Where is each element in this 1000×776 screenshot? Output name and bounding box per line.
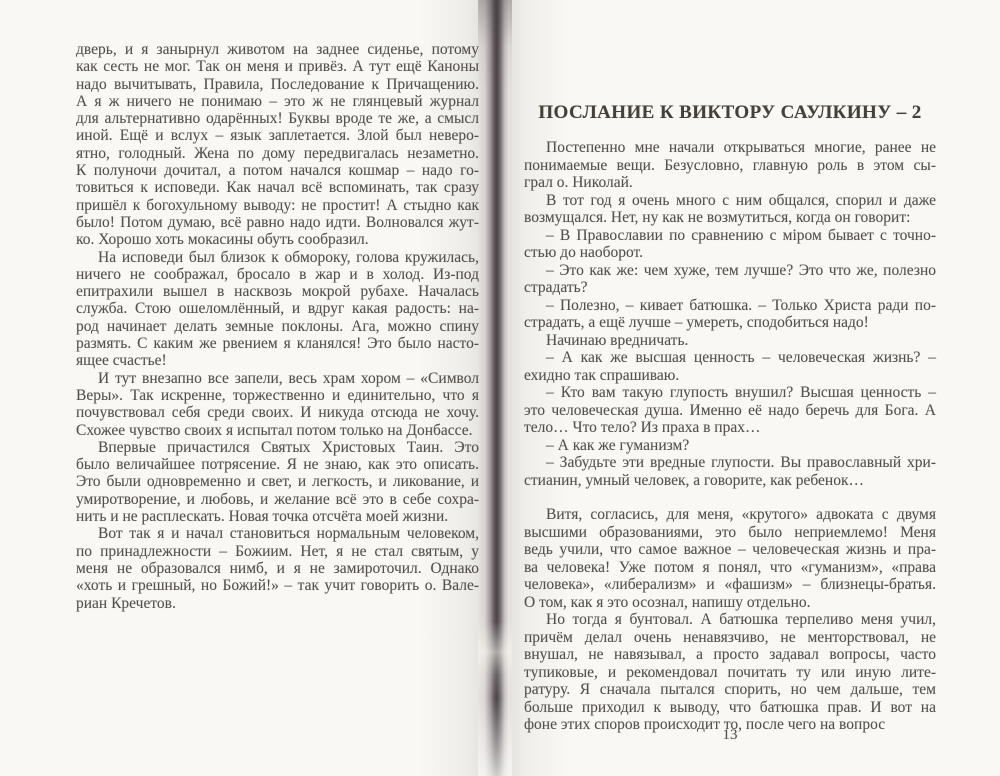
text-line: – В Православии по сравнению с міром быв… [524, 227, 936, 245]
paragraph: – Кто вам такую глупость внушил? Высшая … [524, 384, 936, 437]
text-line: К полуночи дочитал, а потом начался кошм… [76, 162, 479, 179]
paragraph: И тут внезапно все запели, весь храм хор… [76, 370, 479, 439]
text-line: Но тогда я бунтовал. А батюшка терпеливо… [524, 611, 936, 629]
text-line: было! Потом думаю, всё равно надо идти. … [76, 214, 479, 231]
text-line: – Кто вам такую глупость внушил? Высшая … [524, 384, 936, 402]
paragraph: Постепенно мне начали открываться многие… [524, 139, 936, 192]
paragraph: – А как же высшая ценность – человеческа… [524, 349, 936, 384]
text-line: Начинаю вредничать. [524, 332, 936, 350]
text-line: – Полезно, – кивает батюшка. – Только Хр… [524, 297, 936, 315]
text-line: человека», «либерализм» и «фашизм» – бли… [524, 576, 936, 594]
text-line: служба. Стою ошеломлённый, и вдруг какая… [76, 300, 479, 317]
text-line: стью до наоборот. [524, 244, 936, 262]
text-line: Схожее чувство своих я испытал потом тол… [76, 422, 479, 439]
text-line: ятно, голодный. Жена по дому передвигала… [76, 145, 479, 162]
text-line: «хоть и грешный, но Божий!» – так учит г… [76, 577, 479, 594]
paragraph: – В Православии по сравнению с міром быв… [524, 227, 936, 262]
text-line: тупиковые, и рекомендовал почитать ту ил… [524, 664, 936, 682]
text-line: понимаемые вещи. Безусловно, главную рол… [524, 157, 936, 175]
text-line: На исповеди был близок к обмороку, голов… [76, 249, 479, 266]
text-line: для альтернативно одарённых! Буквы вроде… [76, 110, 479, 127]
chapter-heading: ПОСЛАНИЕ К ВИКТОРУ САУЛКИНУ – 2 [524, 102, 936, 124]
text-line: пришёл к богохульному выводу: не простит… [76, 197, 479, 214]
paragraph: Начинаю вредничать. [524, 332, 936, 350]
text-line: это человеческая душа. Именно её надо бе… [524, 402, 936, 420]
text-line: Вот так я и начал становиться нормальным… [76, 525, 479, 542]
paragraph: – Полезно, – кивает батюшка. – Только Хр… [524, 297, 936, 332]
right-page-text: Постепенно мне начали открываться многие… [524, 139, 936, 734]
left-page-text: дверь, и я занырнул животом на заднее си… [76, 41, 479, 612]
text-line: ратуру. Я сначала пытался спорить, но че… [524, 681, 936, 699]
text-line: ва человека! Уже потом я понял, что «гум… [524, 559, 936, 577]
text-line: иной. Ещё и вслух – язык заплетается. Зл… [76, 127, 479, 144]
paragraph: На исповеди был близок к обмороку, голов… [76, 249, 479, 370]
text-line: товиться к исповеди. Как начал всё вспом… [76, 179, 479, 196]
book-spine-shadow [478, 0, 512, 776]
paragraph: Впервые причастился Святых Христовых Таи… [76, 439, 479, 525]
text-line: почувствовал себя среди своих. И никуда … [76, 404, 479, 421]
paragraph: – Забудьте эти вредные глупости. Вы прав… [524, 454, 936, 489]
text-line: по принадлежности – Божиим. Нет, я не ст… [76, 543, 479, 560]
text-line: И тут внезапно все запели, весь храм хор… [76, 370, 479, 387]
text-line: страдать? [524, 279, 936, 297]
text-line: – А как же гуманизм? [524, 437, 936, 455]
text-line: ведь учили, что самое важное – человечес… [524, 541, 936, 559]
text-line: Постепенно мне начали открываться многие… [524, 139, 936, 157]
text-line: В тот год я очень много с ним общался, с… [524, 192, 936, 210]
text-line: страдать, а ещё лучше – умереть, сподоби… [524, 314, 936, 332]
text-line: епитрахили вышел в насквозь мокрой рубах… [76, 283, 479, 300]
text-line: – Это как же: чем хуже, тем лучше? Это ч… [524, 262, 936, 280]
text-line: ко. Хорошо хоть мокасины обуть сообразил… [76, 231, 479, 248]
paragraph: Вот так я и начал становиться нормальным… [76, 525, 479, 611]
text-line: меня не образовался нимб, и я не замирот… [76, 560, 479, 577]
paragraph: – Это как же: чем хуже, тем лучше? Это ч… [524, 262, 936, 297]
text-line: возмущался. Нет, ну как не возмутиться, … [524, 209, 936, 227]
text-line: Витя, согласись, для меня, «крутого» адв… [524, 506, 936, 524]
text-line: А я ж ничего не понимаю – это ж не глянц… [76, 93, 479, 110]
text-line: размять. С каким же рвением я кланялся! … [76, 335, 479, 352]
text-line: грал о. Николай. [524, 174, 936, 192]
text-line: Это были одновременно и свет, и легкость… [76, 473, 479, 490]
text-line: О том, как я это осознал, напишу отдельн… [524, 594, 936, 612]
text-line: высшими образованиями, это было неприемл… [524, 524, 936, 542]
page-number: 13 [524, 727, 936, 744]
text-line: как сесть не мог. Так он меня и привёз. … [76, 58, 479, 75]
paragraph: В тот год я очень много с ним общался, с… [524, 192, 936, 227]
text-line: – А как же высшая ценность – человеческа… [524, 349, 936, 367]
text-line: ехидно так спрашиваю. [524, 367, 936, 385]
text-line: было величайшее потрясение. Я не знаю, к… [76, 456, 479, 473]
text-line: дверь, и я занырнул животом на заднее си… [76, 41, 479, 58]
paragraph: Витя, согласись, для меня, «крутого» адв… [524, 506, 936, 611]
text-line: ящее счастье! [76, 352, 479, 369]
text-line: умиротворение, и любовь, и желание всё э… [76, 491, 479, 508]
text-line: – Забудьте эти вредные глупости. Вы прав… [524, 454, 936, 472]
paragraph: дверь, и я занырнул животом на заднее си… [76, 41, 479, 249]
paragraph: Но тогда я бунтовал. А батюшка терпеливо… [524, 611, 936, 734]
text-line: стианин, умный человек, а говорите, как … [524, 472, 936, 490]
text-line: Веры». Так искренне, торжественно и един… [76, 387, 479, 404]
text-line: больше приходил к выводу, что батюшка пр… [524, 699, 936, 717]
paragraph: – А как же гуманизм? [524, 437, 936, 455]
text-line: нить и не расплескать. Новая точка отсчё… [76, 508, 479, 525]
text-line: род начинает делать земные поклоны. Ага,… [76, 318, 479, 335]
text-line: Впервые причастился Святых Христовых Таи… [76, 439, 479, 456]
text-line: причём делал очень ненавязчиво, не менто… [524, 629, 936, 647]
text-line: ничего не соображал, бросало в жар и в х… [76, 266, 479, 283]
text-line: риан Кречетов. [76, 595, 479, 612]
text-line: надо вычитывать, Правила, Последование к… [76, 76, 479, 93]
text-line: тело… Что тело? Из праха в прах… [524, 419, 936, 437]
book-spread-scan: дверь, и я занырнул животом на заднее си… [0, 0, 1000, 776]
text-line: внушал, не навязывал, а просто задавал в… [524, 646, 936, 664]
